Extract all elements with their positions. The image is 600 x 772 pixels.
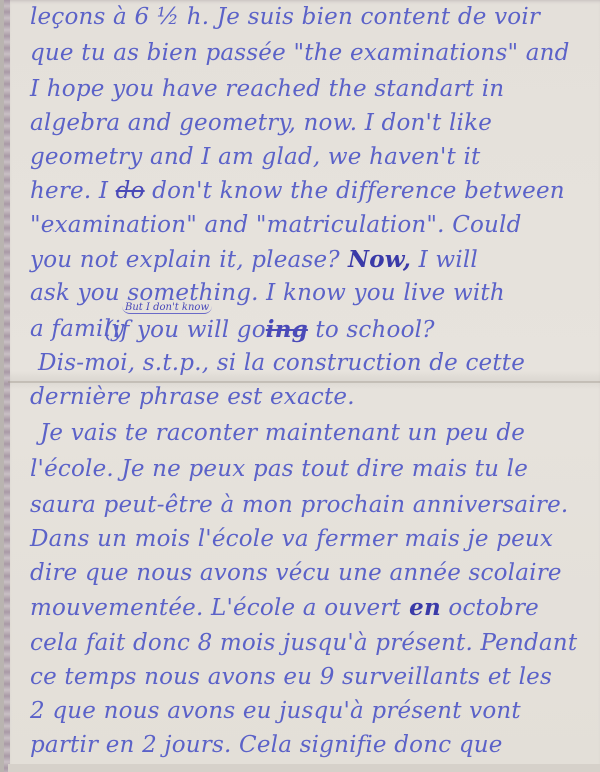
line-8-start: you not explain it, please? — [30, 247, 340, 273]
letter-line-20: ce temps nous avons eu 9 surveillants et… — [30, 664, 552, 690]
inserted-annotation: But I don't know — [122, 302, 212, 314]
letter-line-18: mouvementée. L'école a ouvert en octobre — [30, 594, 539, 621]
emphasized-word: Now, — [340, 246, 411, 273]
letter-line-17: dire que nous avons vécu une année scola… — [30, 560, 562, 586]
line-6-start: here. I — [30, 178, 108, 204]
emphasized-word: en — [401, 594, 441, 621]
letter-line-6: here. I do don't know the difference bet… — [30, 178, 565, 204]
letter-line-11: Dis-moi, s.t.p., si la construction de c… — [38, 350, 525, 376]
letter-line-4: algebra and geometry, now. I don't like — [30, 110, 492, 136]
letter-line-7: "examination" and "matriculation". Could — [30, 212, 522, 238]
letter-line-16: Dans un mois l'école va fermer mais je p… — [30, 526, 553, 552]
letter-line-15: saura peut-être à mon prochain anniversa… — [30, 492, 568, 518]
letter-line-10-cont: (if you will going to school? — [104, 316, 435, 343]
line-8-rest: I will — [411, 247, 478, 273]
struck-suffix: ing — [266, 316, 308, 343]
letter-line-12: dernière phrase est exacte. — [30, 384, 355, 410]
paper-bottom-edge — [8, 764, 600, 772]
letter-line-8: you not explain it, please? Now, I will — [30, 246, 478, 273]
letter-line-1: leçons à 6 ½ h. Je suis bien content de … — [30, 4, 540, 30]
letter-line-21: 2 que nous avons eu jusqu'à présent vont — [30, 698, 521, 724]
letter-line-2: que tu as bien passée "the examinations"… — [30, 40, 570, 66]
letter-page: leçons à 6 ½ h. Je suis bien content de … — [4, 0, 600, 772]
line-18-start: mouvementée. L'école a ouvert — [30, 595, 401, 621]
paper-fold-line — [8, 381, 600, 383]
struck-word: do — [116, 178, 145, 204]
torn-left-edge — [4, 0, 10, 772]
letter-line-5: geometry and I am glad, we haven't it — [30, 144, 481, 170]
line-6-rest: don't know the difference between — [145, 178, 565, 204]
letter-line-22: partir en 2 jours. Cela signifie donc qu… — [30, 732, 503, 758]
letter-line-13: Je vais te raconter maintenant un peu de — [40, 420, 525, 446]
letter-line-9: ask you something. I know you live with — [30, 280, 505, 306]
letter-line-3: I hope you have reached the standart in — [30, 76, 504, 102]
letter-line-19: cela fait donc 8 mois jusqu'à présent. P… — [30, 630, 577, 656]
letter-line-14: l'école. Je ne peux pas tout dire mais t… — [30, 456, 528, 482]
line-10-mid: (if you will go — [104, 317, 266, 343]
line-10-end: to school? — [308, 317, 435, 343]
line-18-rest: octobre — [441, 595, 539, 621]
